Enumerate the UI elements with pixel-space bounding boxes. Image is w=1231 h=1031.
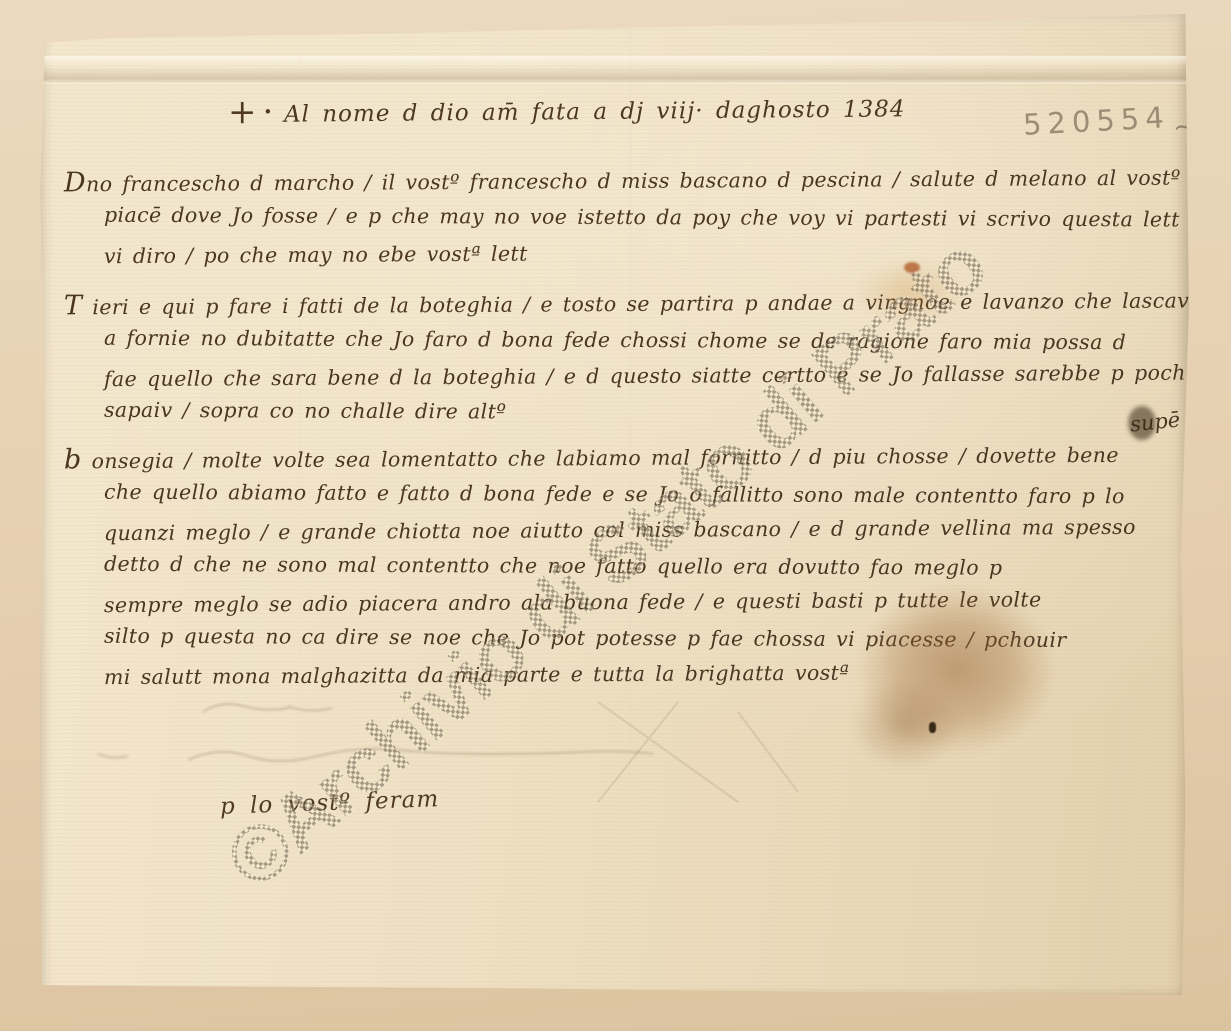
manuscript-line: vi diro / po che may no ebe vostª lett (64, 232, 1174, 275)
manuscript-line: detto d che ne sono mal contentto che no… (64, 546, 1174, 587)
letter-paper: +· Al nome d dio am̄ fata a dj viij· dag… (38, 12, 1190, 1002)
stain (850, 680, 960, 770)
letter-body: Dno francescho d marcho / il vostº franc… (64, 162, 1174, 692)
heading-row: +· Al nome d dio am̄ fata a dj viij· dag… (228, 92, 906, 132)
manuscript-line: sapaiv / sopra co no challe dire altº (64, 392, 1174, 433)
paragraph: T ieri e qui p fare i fatti de la botegh… (64, 285, 1174, 430)
pencil-flourish-mark: ~ (1171, 111, 1197, 144)
manuscript-line: b onsegia / molte volte sea lomentatto c… (64, 436, 1174, 480)
paragraph: b onsegia / molte volte sea lomentatto c… (64, 439, 1174, 692)
manuscript-line: T ieri e qui p fare i fatti de la botegh… (64, 282, 1174, 326)
manuscript-line: piacē dove Jo fosse / e p che may no voe… (64, 197, 1174, 238)
invocation-cross-mark: +· (228, 92, 279, 132)
paragraph: Dno francescho d marcho / il vostº franc… (64, 162, 1174, 271)
manuscript-line: mi salutt mona malghazitta da mia parte … (64, 653, 1174, 696)
manuscript-line: Dno francescho d marcho / il vostº franc… (64, 159, 1174, 203)
manuscript-line: quanzi meglo / e grande chiotta noe aiut… (64, 509, 1174, 552)
heading-dateline: Al nome d dio am̄ fata a dj viij· daghos… (284, 96, 906, 127)
manuscript-line: che quello abiamo fatto e fatto d bona f… (64, 474, 1174, 515)
ink-speck (929, 722, 936, 733)
fold-crease (38, 56, 1190, 84)
manuscript-line: sempre meglo se adio piacera andro ala b… (64, 581, 1174, 624)
manuscript-line: silto p questa no ca dire se noe che Jo … (64, 618, 1174, 659)
manuscript-line: fae quello che sara bene d la boteghia /… (64, 355, 1174, 398)
archive-number: 520554 (1022, 100, 1170, 142)
manuscript-line: a fornie no dubitatte che Jo faro d bona… (64, 320, 1174, 361)
signature-line: p lo vostº feram (220, 786, 440, 820)
scan-background: +· Al nome d dio am̄ fata a dj viij· dag… (0, 0, 1231, 1031)
